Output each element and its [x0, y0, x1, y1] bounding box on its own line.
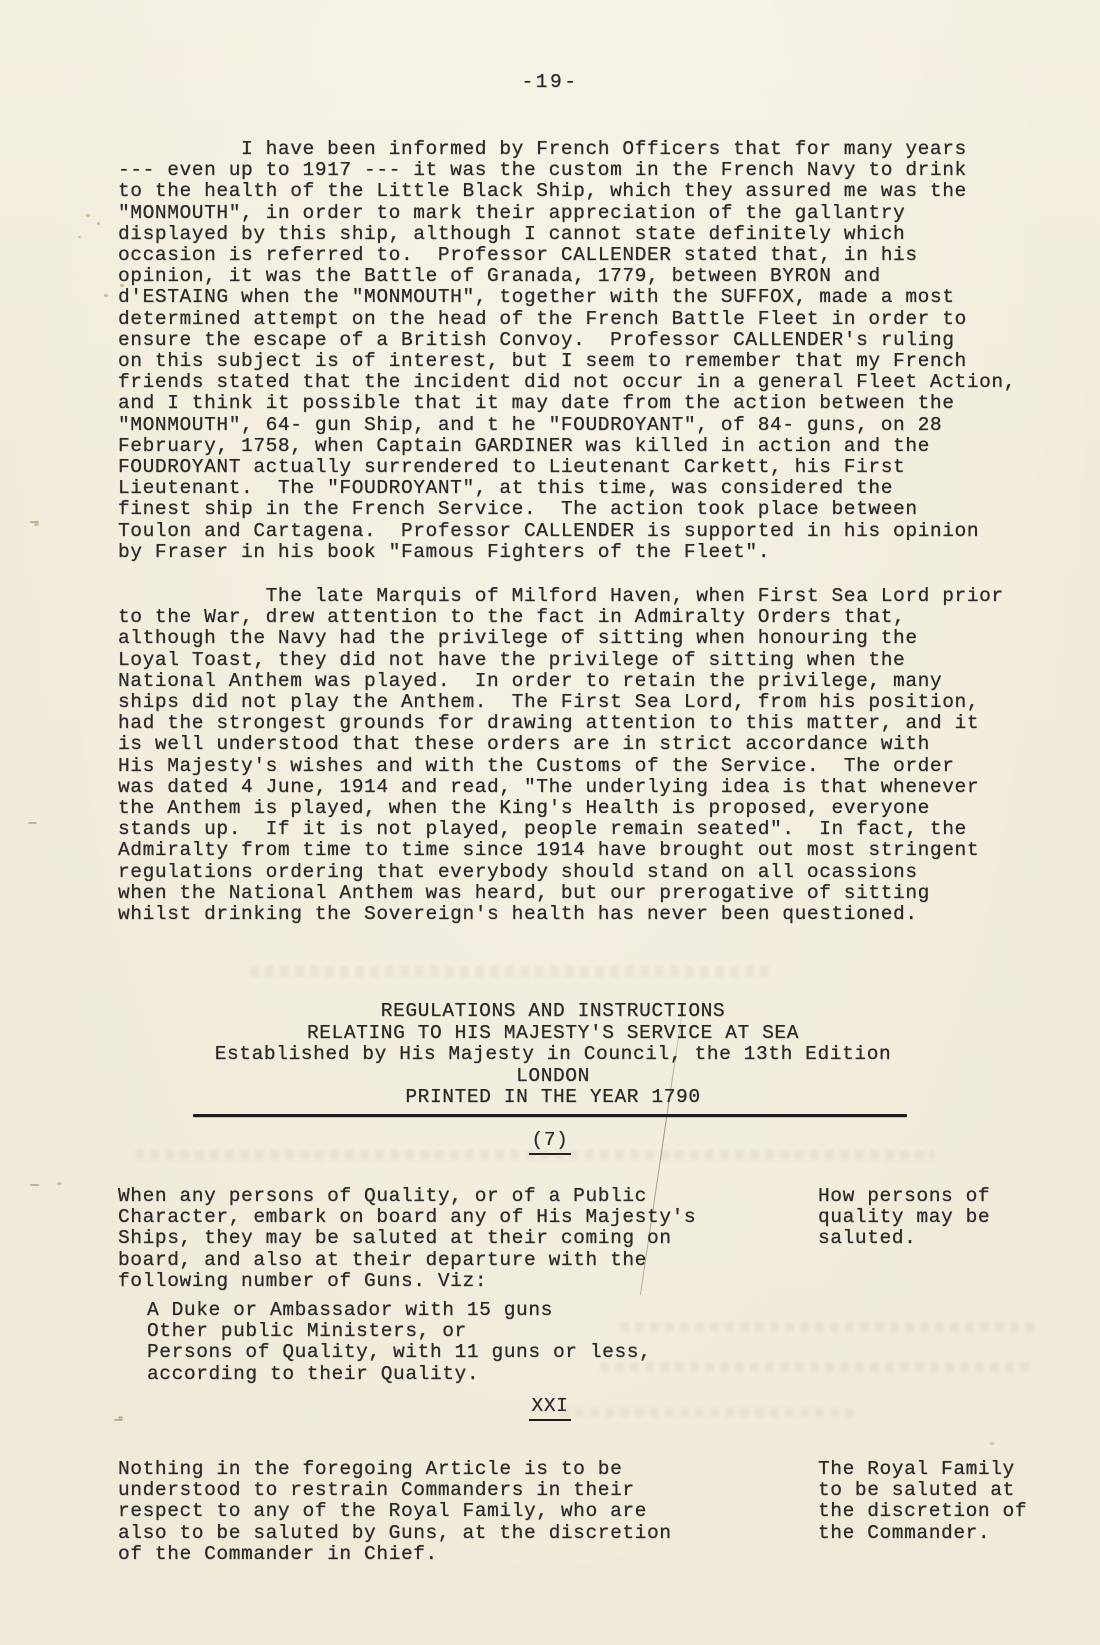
page-number: -19-	[0, 72, 1100, 93]
pencil-mark	[28, 822, 37, 824]
foxing-speck	[86, 214, 90, 217]
foxing-speck	[990, 1442, 994, 1445]
pencil-mark	[114, 1419, 123, 1421]
bleed-through-smudge	[600, 1362, 1030, 1372]
bleed-through-smudge	[135, 1150, 935, 1160]
bleed-through-smudge	[250, 966, 770, 977]
article-21-margin-note: The Royal Family to be saluted at the di…	[818, 1459, 1027, 1544]
paragraph-national-anthem: The late Marquis of Milford Haven, when …	[118, 586, 1004, 925]
pencil-mark	[30, 1184, 39, 1186]
article-7-margin-note: How persons of quality may be saluted.	[818, 1186, 990, 1250]
foxing-speck	[97, 222, 100, 225]
heading-underline-rule	[193, 1114, 907, 1117]
article-7-gun-salute-list: A Duke or Ambassador with 15 guns Other …	[147, 1300, 651, 1385]
foxing-speck	[104, 294, 108, 297]
bleed-through-smudge	[560, 1408, 860, 1417]
foxing-speck	[34, 523, 39, 526]
scanned-document-page: -19- I have been informed by French Offi…	[0, 0, 1100, 1645]
paragraph-monmouth-toast: I have been informed by French Officers …	[118, 139, 1016, 563]
foxing-speck	[78, 236, 81, 238]
foxing-speck	[120, 284, 124, 287]
bleed-through-smudge	[620, 1322, 1040, 1332]
regulations-heading: REGULATIONS AND INSTRUCTIONS RELATING TO…	[6, 1001, 1100, 1109]
article-7-body: When any persons of Quality, or of a Pub…	[118, 1186, 696, 1292]
foxing-speck	[57, 1182, 62, 1185]
pencil-mark	[30, 521, 39, 523]
article-21-number-row: XXI	[0, 1396, 1100, 1421]
article-21-body: Nothing in the foregoing Article is to b…	[118, 1459, 672, 1565]
